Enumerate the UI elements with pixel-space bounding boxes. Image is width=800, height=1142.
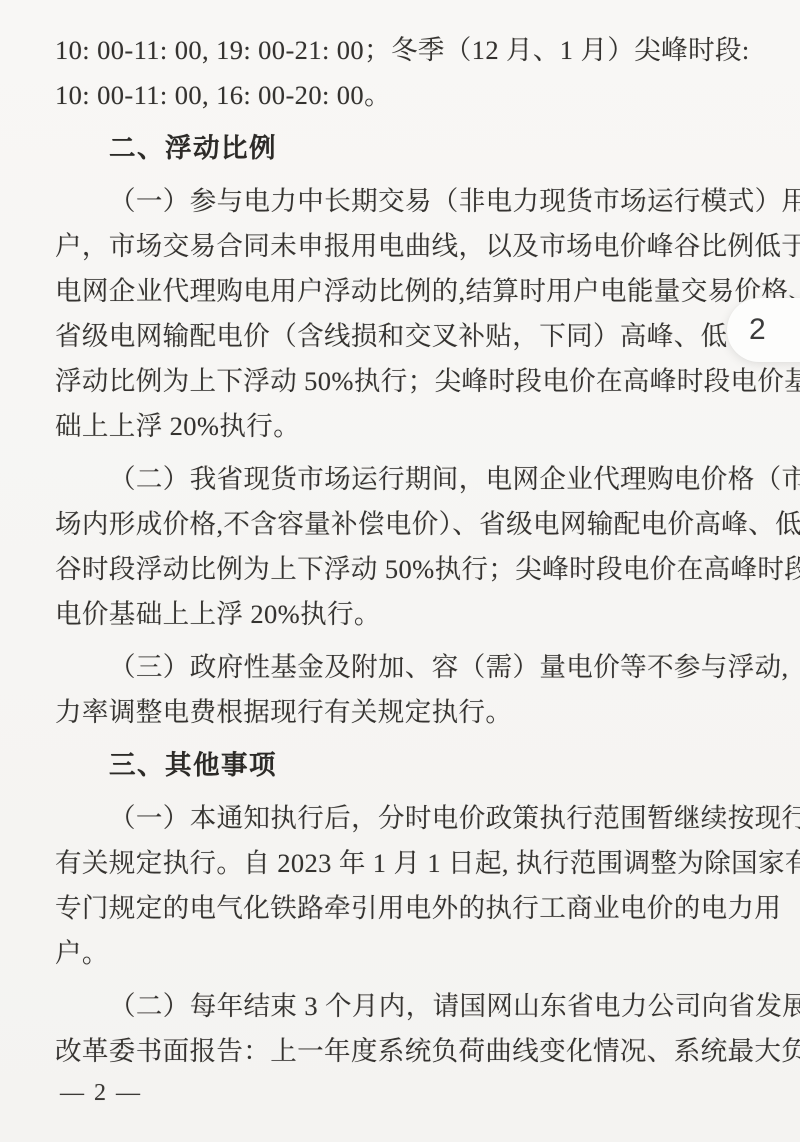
- document-line: 户。: [55, 931, 800, 976]
- section-heading-other-matters: 三、其他事项: [55, 743, 800, 788]
- page-number-footer: — 2 —: [60, 1080, 142, 1107]
- document-line: 场内形成价格,不含容量补偿电价）、省级电网输配电价高峰、低: [55, 502, 800, 547]
- page-indicator-badge: 2: [727, 298, 800, 362]
- document-line: 户，市场交易合同未申报用电曲线，以及市场电价峰谷比例低于: [55, 224, 800, 269]
- document-page[interactable]: 10: 00-11: 00, 19: 00-21: 00；冬季（12 月、1 月…: [0, 0, 800, 1142]
- document-body: 10: 00-11: 00, 19: 00-21: 00；冬季（12 月、1 月…: [55, 28, 800, 1074]
- document-line: 浮动比例为上下浮动 50%执行；尖峰时段电价在高峰时段电价基: [55, 359, 800, 404]
- document-line: 10: 00-11: 00, 16: 00-20: 00。: [55, 73, 800, 118]
- document-line: 改革委书面报告：上一年度系统负荷曲线变化情况、系统最大负: [55, 1029, 800, 1074]
- document-line: 电网企业代理购电用户浮动比例的,结算时用户电能量交易价格、: [55, 269, 800, 314]
- page-indicator-number: 2: [727, 313, 766, 347]
- document-line: （一）参与电力中长期交易（非电力现货市场运行模式）用: [55, 179, 800, 224]
- document-line: 电价基础上上浮 20%执行。: [55, 592, 800, 637]
- document-line: （二）我省现货市场运行期间，电网企业代理购电价格（市: [55, 457, 800, 502]
- document-line: 有关规定执行。自 2023 年 1 月 1 日起, 执行范围调整为除国家有: [55, 841, 800, 886]
- document-line: 专门规定的电气化铁路牵引用电外的执行工商业电价的电力用: [55, 886, 800, 931]
- document-line: 谷时段浮动比例为上下浮动 50%执行；尖峰时段电价在高峰时段: [55, 547, 800, 592]
- document-line: （一）本通知执行后，分时电价政策执行范围暂继续按现行: [55, 796, 800, 841]
- document-line: 力率调整电费根据现行有关规定执行。: [55, 690, 800, 735]
- document-line: （三）政府性基金及附加、容（需）量电价等不参与浮动,: [55, 645, 800, 690]
- document-line: 省级电网输配电价（含线损和交叉补贴，下同）高峰、低谷: [55, 314, 800, 359]
- document-line: 础上上浮 20%执行。: [55, 404, 800, 449]
- document-line: 10: 00-11: 00, 19: 00-21: 00；冬季（12 月、1 月…: [55, 28, 800, 73]
- section-heading-floating-ratio: 二、浮动比例: [55, 126, 800, 171]
- document-line: （二）每年结束 3 个月内，请国网山东省电力公司向省发展: [55, 984, 800, 1029]
